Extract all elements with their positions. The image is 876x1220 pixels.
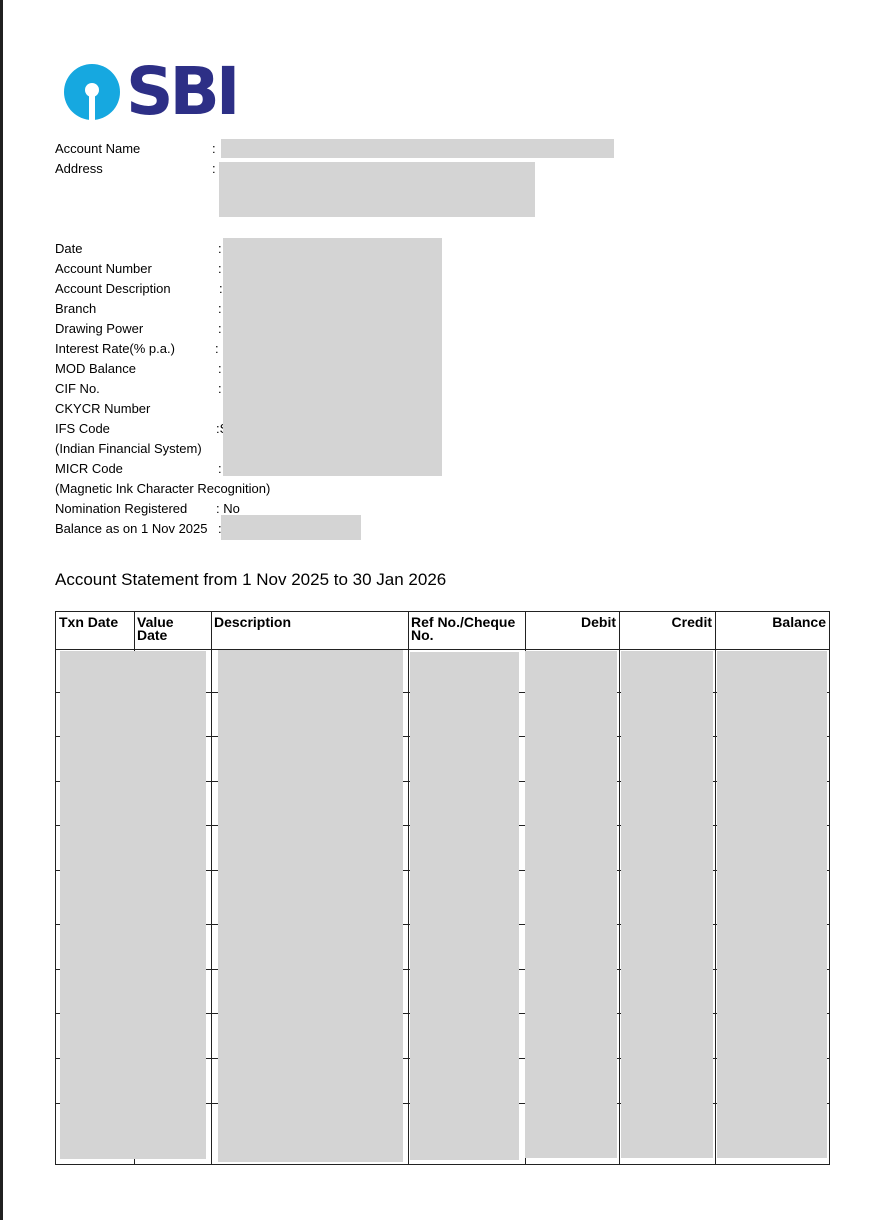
sbi-logo: SBI — [64, 64, 236, 120]
column-header: Balance — [718, 616, 826, 629]
table-header-row: Txn DateValueDateDescriptionRef No./Cheq… — [56, 612, 829, 650]
colon: : — [218, 239, 222, 259]
nomination-label: Nomination Registered — [55, 499, 187, 519]
column-divider — [211, 612, 212, 1164]
detail-label: CIF No. — [55, 379, 100, 399]
column-header: Txn Date — [59, 616, 131, 629]
colon: : — [218, 379, 222, 399]
account-name-label: Account Name — [55, 139, 140, 159]
colon: : — [218, 299, 222, 319]
detail-label: (Indian Financial System) — [55, 439, 202, 459]
address-redacted — [219, 162, 535, 217]
account-name-redacted — [221, 139, 614, 158]
statement-title: Account Statement from 1 Nov 2025 to 30 … — [55, 568, 446, 592]
description-cells-redacted — [218, 650, 403, 1162]
detail-label: CKYCR Number — [55, 399, 150, 419]
detail-label: MOD Balance — [55, 359, 136, 379]
balance-cells-redacted — [717, 651, 827, 1158]
column-header: Debit — [528, 616, 616, 629]
colon: : — [212, 139, 216, 159]
debit-cells-redacted — [525, 651, 617, 1158]
sbi-keyhole-icon — [64, 64, 120, 120]
column-header: ValueDate — [137, 616, 208, 642]
logo-text: SBI — [126, 64, 236, 120]
detail-label: IFS Code — [55, 419, 110, 439]
transactions-table: Txn DateValueDateDescriptionRef No./Cheq… — [55, 611, 830, 1165]
colon: : — [215, 339, 219, 359]
detail-label: MICR Code — [55, 459, 123, 479]
column-header: Ref No./ChequeNo. — [411, 616, 522, 642]
column-divider — [408, 612, 409, 1164]
account-details-redacted — [223, 238, 442, 476]
detail-label: Account Number — [55, 259, 152, 279]
detail-label: Interest Rate(% p.a.) — [55, 339, 175, 359]
column-header: Credit — [622, 616, 712, 629]
column-header: Description — [214, 616, 405, 629]
colon: : — [218, 459, 222, 479]
detail-label: Drawing Power — [55, 319, 143, 339]
detail-label: Date — [55, 239, 82, 259]
detail-label: Account Description — [55, 279, 171, 299]
address-label: Address — [55, 159, 103, 179]
opening-balance-label: Balance as on 1 Nov 2025 — [55, 519, 208, 539]
column-divider — [715, 612, 716, 1164]
window-edge — [0, 0, 3, 1220]
ref-cells-redacted — [410, 652, 519, 1160]
colon: : — [218, 319, 222, 339]
credit-cells-redacted — [621, 651, 713, 1158]
column-divider — [619, 612, 620, 1164]
colon: : — [212, 159, 216, 179]
opening-balance-redacted — [221, 515, 361, 540]
detail-label: (Magnetic Ink Character Recognition) — [55, 479, 270, 499]
colon: : — [218, 259, 222, 279]
detail-label: Branch — [55, 299, 96, 319]
colon: : — [218, 359, 222, 379]
date-cells-redacted — [60, 651, 206, 1159]
